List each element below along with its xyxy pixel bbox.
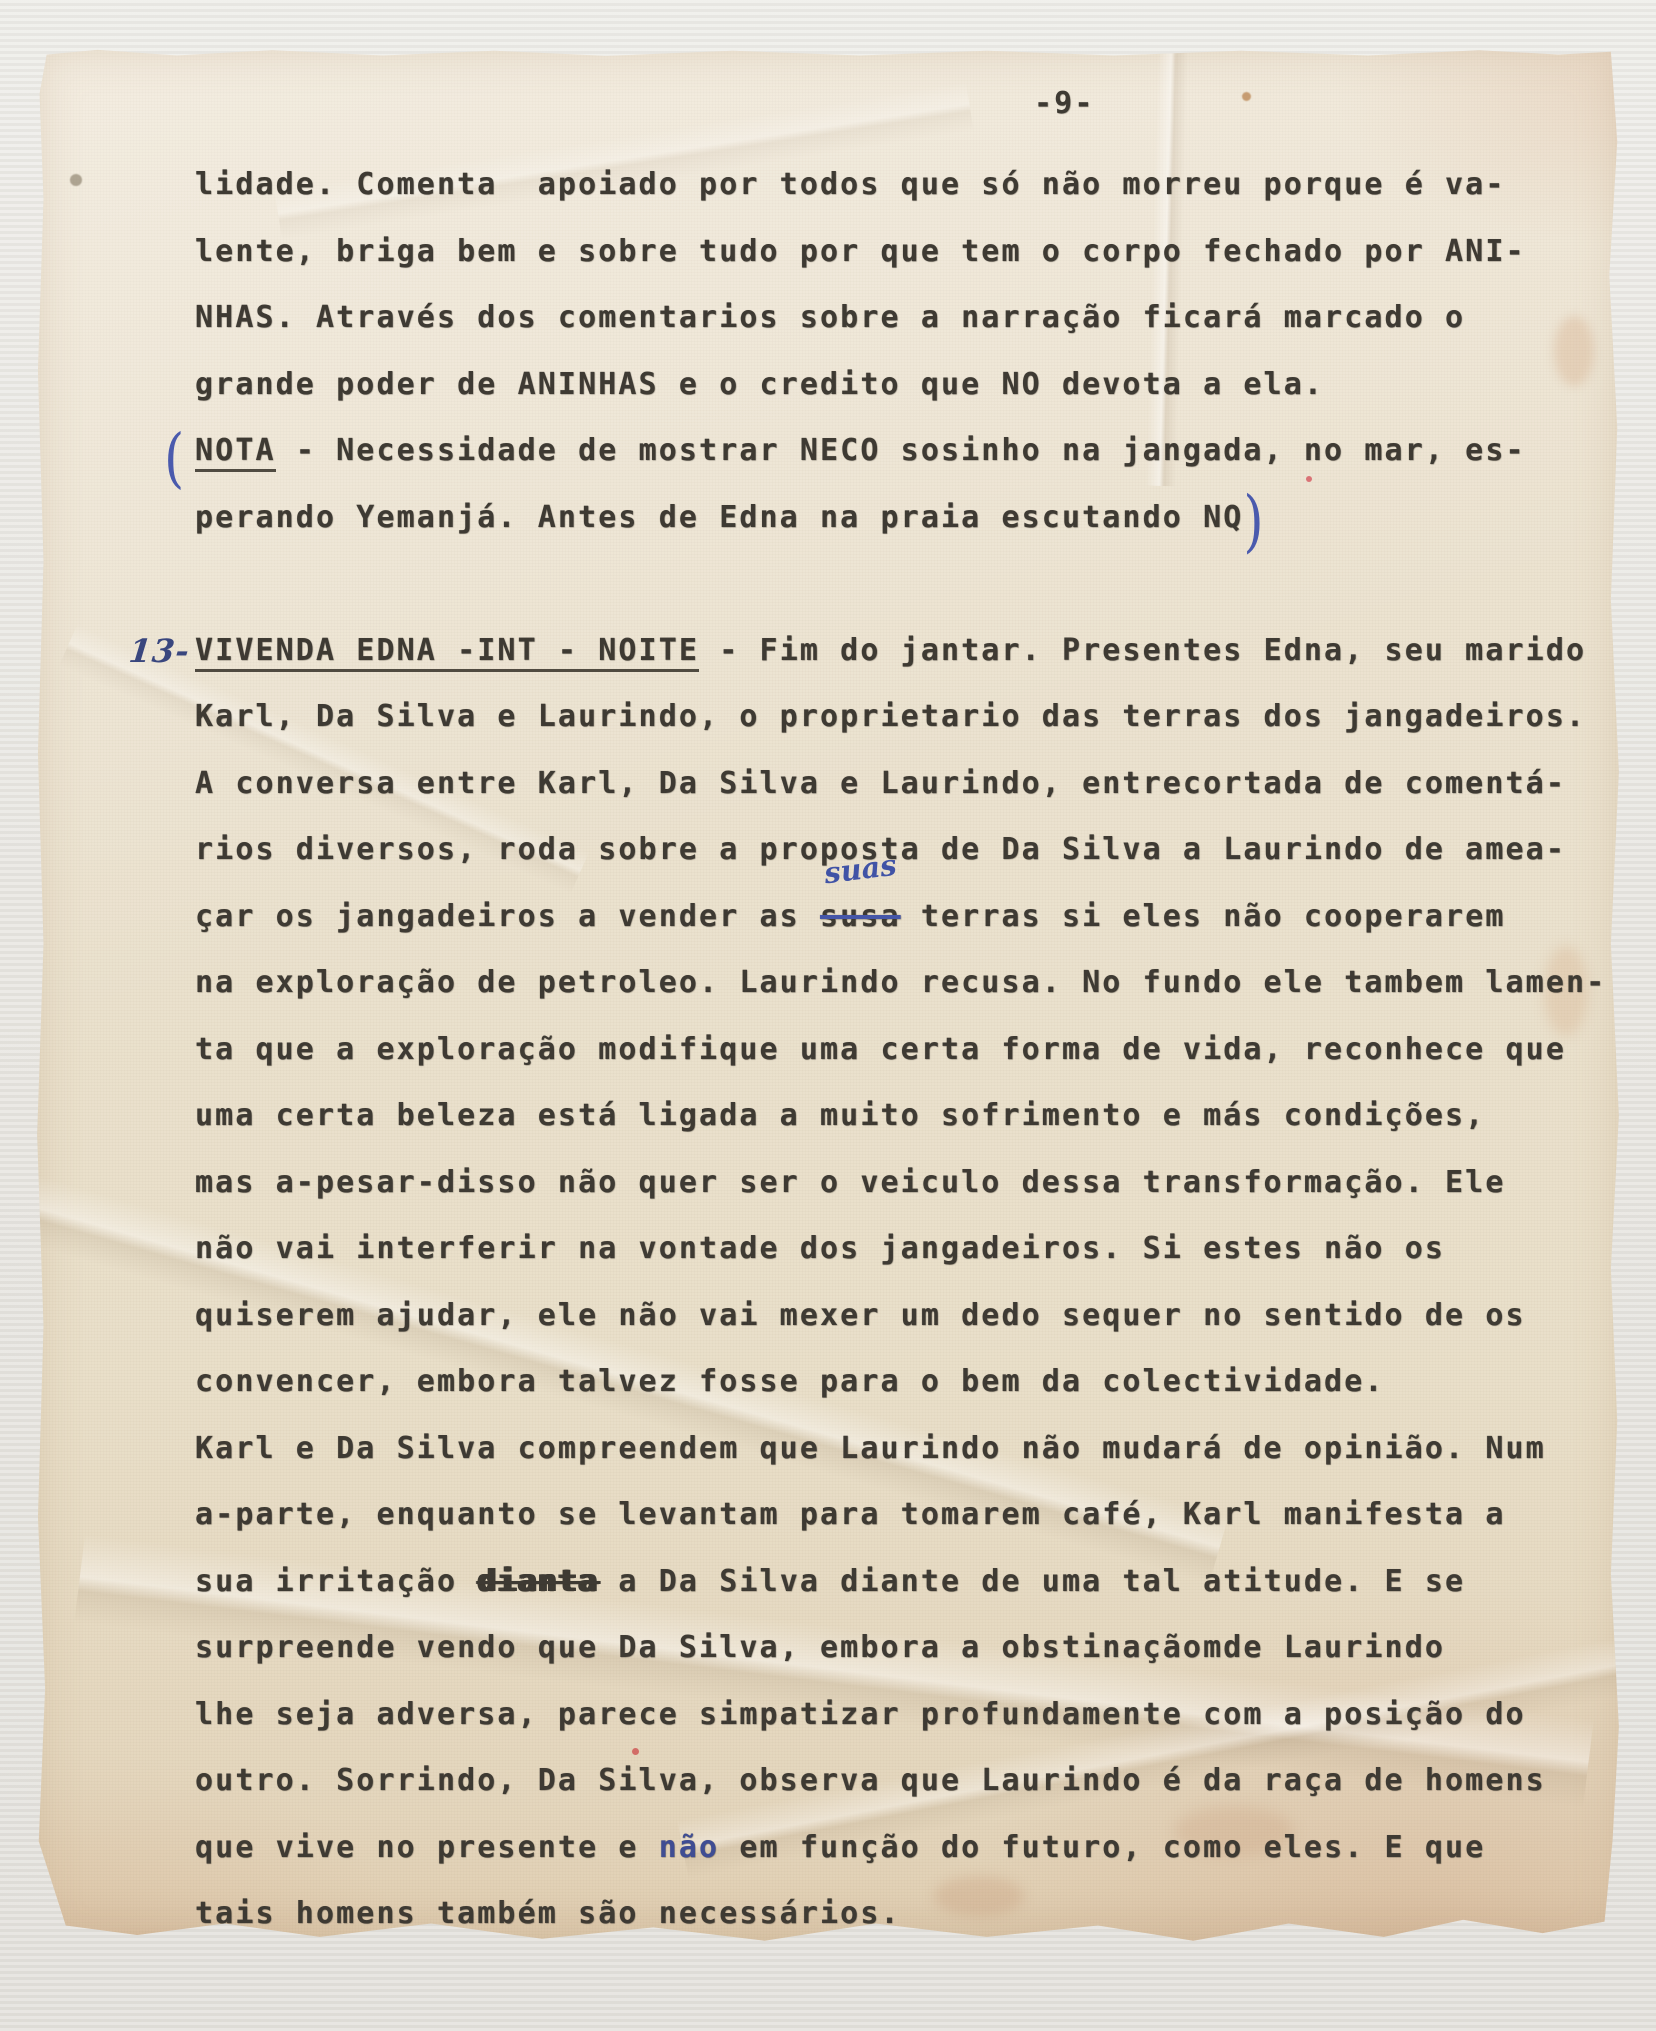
text-line: Karl e Da Silva compreendem que Laurindo… [195,1416,1625,1483]
nota-text-2: perando Yemanjá. Antes de Edna na praia … [195,500,1243,535]
text-line: uma certa beleza está ligada a muito sof… [195,1083,1625,1150]
text-line: ta que a exploração modifique uma certa … [195,1017,1625,1084]
scanned-document-screenshot: { "page": { "number_label": "-9-" }, "co… [0,0,1656,2031]
document-text: lidade. Comenta apoiado por todos que só… [195,152,1625,1948]
nota-label: NOTA [195,433,276,472]
punch-hole-dot [70,174,82,186]
text-line: rios diversos, roda sobre a proposta de … [195,817,1625,884]
text-line: tais homens também são necessários. [195,1881,1625,1948]
text-line: lidade. Comenta apoiado por todos que só… [195,152,1625,219]
text-line: grande poder de ANINHAS e o credito que … [195,352,1625,419]
scene-heading-title: VIVENDA EDNA -INT - NOITE [195,633,699,672]
edited-line-2: sua irritação dianta a Da Silva diante d… [195,1549,1625,1616]
nota-text: - Necessidade de mostrar NECO sosinho na… [276,433,1526,468]
correction-group: susasuas [820,899,901,934]
nota-line: (NOTA - Necessidade de mostrar NECO sosi… [195,418,1625,485]
edited-line-3: que vive no presente e não em função do … [195,1815,1625,1882]
text-line: quiserem ajudar, ele não vai mexer um de… [195,1283,1625,1350]
handwritten-open-paren: ( [164,418,186,501]
text-line: Karl, Da Silva e Laurindo, o proprietari… [195,684,1625,751]
struck-word: susa [820,899,901,934]
text-line: surpreende vendo que Da Silva, embora a … [195,1615,1625,1682]
blue-corrected-word: não [659,1830,720,1865]
text-line: mas a-pesar-disso não quer ser o veiculo… [195,1150,1625,1217]
scene-heading-rest: - Fim do jantar. Presentes Edna, seu mar… [699,633,1586,668]
text-line: na exploração de petroleo. Laurindo recu… [195,950,1625,1017]
paper-sheet: -9- lidade. Comenta apoiado por todos qu… [34,46,1622,1956]
paper-speck [1242,92,1251,101]
paper-stain [94,1936,254,1966]
handwritten-close-paren: ) [1243,509,1269,535]
text-line: a-parte, enquanto se levantam para tomar… [195,1482,1625,1549]
text-line: A conversa entre Karl, Da Silva e Laurin… [195,751,1625,818]
page-number: -9- [1034,86,1095,121]
handwritten-correction: suas [822,844,899,893]
nota-line-2: perando Yemanjá. Antes de Edna na praia … [195,485,1625,552]
text-line: lente, briga bem e sobre tudo por que te… [195,219,1625,286]
overtyped-word: dianta [477,1564,598,1599]
text-line: convencer, embora talvez fosse para o be… [195,1349,1625,1416]
scene-number: 13- [126,618,194,685]
edited-line: çar os jangadeiros a vender as susasuas … [195,884,1625,951]
text-line: NHAS. Através dos comentarios sobre a na… [195,285,1625,352]
text-line: lhe seja adversa, parece simpatizar prof… [195,1682,1625,1749]
text-line: não vai interferir na vontade dos jangad… [195,1216,1625,1283]
scene-heading-line: 13-VIVENDA EDNA -INT - NOITE - Fim do ja… [195,618,1625,685]
text-line: outro. Sorrindo, Da Silva, observa que L… [195,1748,1625,1815]
blank-line [195,551,1625,618]
